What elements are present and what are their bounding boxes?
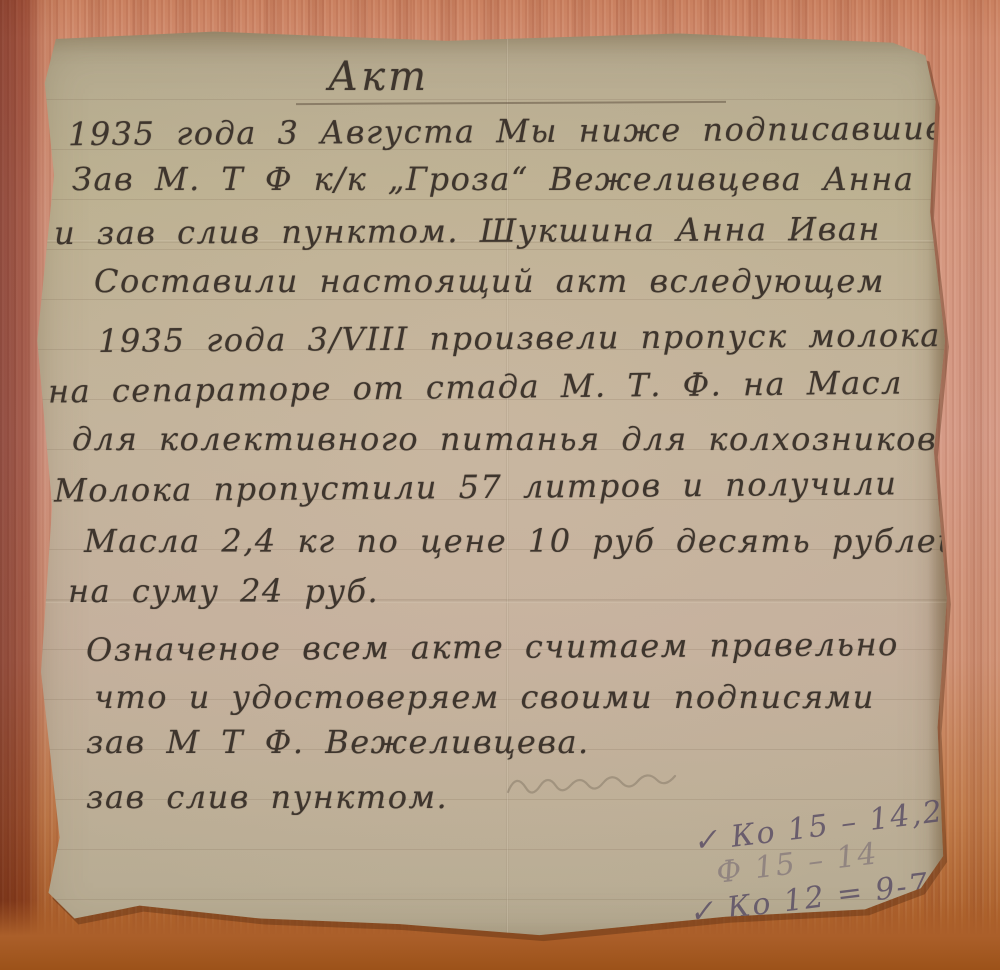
- document-title: Акт: [328, 54, 429, 100]
- aged-paper-sheet: Акт 1935 года 3 Августа Мы ниже подписав…: [28, 28, 958, 948]
- handwritten-line-13: зав М Т Ф. Вежеливцева.: [86, 723, 590, 761]
- handwritten-line-3: и зав слив пунктом. Шукшина Анна Иван: [54, 210, 881, 252]
- handwritten-line-6: на сепараторе от стада М. Т. Ф. на Масл: [48, 364, 903, 411]
- handwritten-line-7: для колективного питанья для колхозников: [72, 420, 937, 458]
- wood-left-plank: [0, 0, 46, 970]
- handwritten-line-11: Означеное всем акте считаем правельно: [86, 625, 899, 669]
- handwritten-line-14: зав слив пунктом.: [86, 778, 448, 816]
- handwritten-line-10: на суму 24 руб.: [68, 572, 379, 610]
- handwritten-line-8: Молока пропустили 57 литров и получили: [54, 464, 898, 509]
- title-underline: [296, 101, 726, 105]
- handwritten-line-9: Масла 2,4 кг по цене 10 руб десять рубле…: [84, 522, 958, 560]
- faded-signature-scribble: [506, 770, 696, 804]
- handwritten-line-2: Зав М. Т Ф к/к „Гроза“ Вежеливцева Анна …: [72, 160, 958, 198]
- handwritten-line-12: что и удостоверяем своими подписями: [94, 678, 875, 716]
- handwritten-line-5: 1935 года 3/VIII произвели пропуск молок…: [98, 316, 941, 360]
- handwritten-line-1: 1935 года 3 Августа Мы ниже подписавшиес…: [68, 109, 958, 153]
- photo-of-handwritten-act-document: Акт 1935 года 3 Августа Мы ниже подписав…: [0, 0, 1000, 970]
- handwritten-line-4: Составили настоящий акт вследующем: [94, 262, 885, 300]
